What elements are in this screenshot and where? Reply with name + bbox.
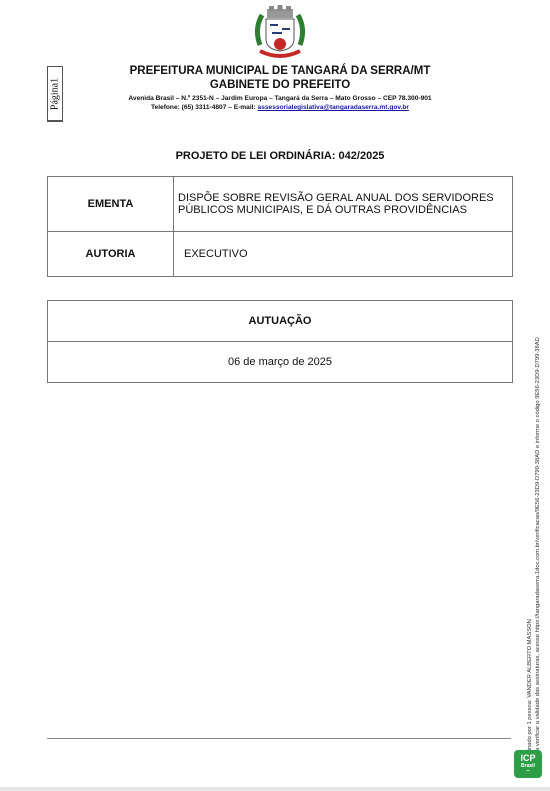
autoria-value: EXECUTIVO xyxy=(174,232,513,277)
table-row: EMENTA DISPÕE SOBRE REVISÃO GERAL ANUAL … xyxy=(48,177,513,232)
page-edge xyxy=(0,787,550,791)
autuacao-heading: AUTUAÇÃO xyxy=(48,301,513,342)
signature-verify: Para verificar a validade das assinatura… xyxy=(534,337,542,760)
page-number-box: Página1 xyxy=(47,66,63,122)
page-label: Página1 xyxy=(50,77,61,109)
ementa-label: EMENTA xyxy=(48,177,174,232)
info-table: EMENTA DISPÕE SOBRE REVISÃO GERAL ANUAL … xyxy=(47,176,513,277)
signature-signers: Assinado por 1 pessoa: VANDER ALBERTO MA… xyxy=(526,337,534,760)
phone-label: Telefone: (65) 3311-4807 – E-mail: xyxy=(151,104,258,111)
document-title: PROJETO DE LEI ORDINÁRIA: 042/2025 xyxy=(47,150,513,162)
autuacao-table: AUTUAÇÃO 06 de março de 2025 xyxy=(47,300,513,383)
letterhead: PREFEITURA MUNICIPAL DE TANGARÁ DA SERRA… xyxy=(95,64,465,112)
coat-of-arms-icon xyxy=(250,5,310,63)
autoria-label: AUTORIA xyxy=(48,232,174,277)
badge-mark: ~ xyxy=(514,769,542,775)
table-row: AUTUAÇÃO xyxy=(48,301,513,342)
table-row: 06 de março de 2025 xyxy=(48,342,513,383)
contact-line: Telefone: (65) 3311-4807 – E-mail: asses… xyxy=(95,103,465,112)
office-name: GABINETE DO PREFEITO xyxy=(95,78,465,92)
ementa-value: DISPÕE SOBRE REVISÃO GERAL ANUAL DOS SER… xyxy=(174,177,513,232)
badge-text: ICP xyxy=(514,753,542,763)
footer-divider xyxy=(47,738,511,739)
email-link[interactable]: assessorialegislativa@tangaradaserra.mt.… xyxy=(258,104,409,111)
table-row: AUTORIA EXECUTIVO xyxy=(48,232,513,277)
icp-brasil-icon: ICP Brasil ~ xyxy=(514,750,542,778)
autuacao-date: 06 de março de 2025 xyxy=(48,342,513,383)
address: Avenida Brasil – N.º 2351-N – Jardim Eur… xyxy=(95,94,465,103)
org-name: PREFEITURA MUNICIPAL DE TANGARÁ DA SERRA… xyxy=(95,64,465,78)
signature-stamp: Assinado por 1 pessoa: VANDER ALBERTO MA… xyxy=(526,337,542,760)
